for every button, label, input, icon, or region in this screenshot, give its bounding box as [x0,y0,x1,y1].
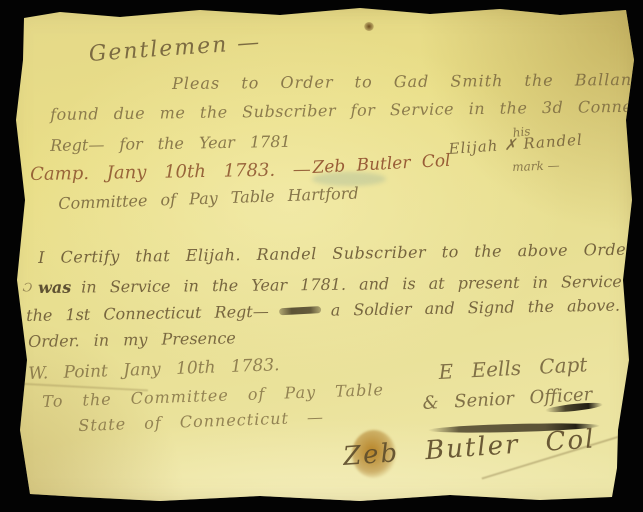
certification-line-2-rest: in Service in the Year 1781. and is at p… [81,272,643,297]
address-line-1: To the Committee of Pay Table [42,380,384,411]
order-line-1: Pleas to Order to Gad Smith the Ballance [172,70,643,93]
certification-line-3: the 1st Connecticut Regt—a Soldier and S… [26,296,620,325]
photo-background: Gentlemen — Pleas to Order to Gad Smith … [0,0,643,512]
committee-line: Committee of Pay Table Hartford [58,184,359,213]
crossed-out-word [279,306,321,315]
signer-mark-label: mark — [512,158,560,174]
certification-line-1: I Certify that Elijah. Randel Subscriber… [38,240,638,267]
document-paper: Gentlemen — Pleas to Order to Gad Smith … [0,0,643,512]
camp-date-line: Camp. Jany 10th 1783. — [30,159,311,185]
certification-line-3b: a Soldier and Signd the above. [331,296,621,320]
certification-line-4: Order. in my Presence [28,328,236,351]
place-date-line: W. Point Jany 10th 1783. [28,355,280,384]
salutation-line: Gentlemen — [88,30,262,67]
signer-name-with-mark: Elijah ✗ Randel [448,131,583,158]
order-line-3: Regt— for the Year 1781 [50,132,291,155]
order-line-2: found due me the Subscriber for Service … [50,96,643,124]
certification-line-2: wasin Service in the Year 1781. and is a… [38,272,643,297]
certification-line-2-start: was [38,278,71,297]
margin-mark: ⁖ [4,124,14,138]
ink-spot [364,22,374,31]
certification-line-3a: the 1st Connecticut Regt— [26,302,269,325]
officer-signature: E Eells Capt [438,352,588,384]
margin-mark: Ɔ [22,280,33,295]
address-line-2: State of Connecticut — [78,407,324,435]
butler-endorsement: Zeb Butler Col [312,151,451,178]
